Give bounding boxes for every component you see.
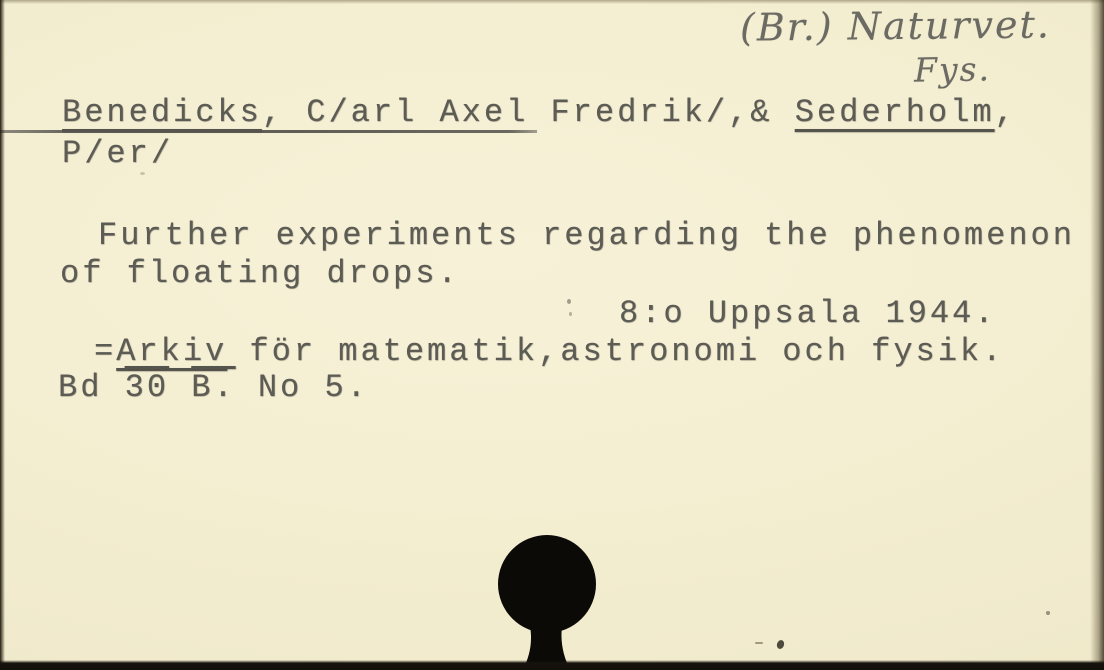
title-line1: Further experiments regarding the phenom…: [98, 218, 1075, 254]
series-equals-sign: =: [94, 333, 116, 370]
card-paper: (Br.) Naturvet. Fys. Benedicks, C/arl Ax…: [0, 0, 1104, 670]
series-line2: Bd 30 B. No 5.: [58, 370, 369, 406]
series-volume-prefix: Bd: [58, 369, 125, 406]
ink-speck: [569, 312, 572, 316]
ink-speck: [1046, 611, 1050, 615]
punch-hole-icon: [495, 530, 605, 670]
imprint-line: 8:o Uppsala 1944.: [619, 296, 996, 332]
scan-edge-top: [0, 0, 1104, 4]
scan-edge-bottom: [0, 660, 1104, 670]
ink-speck: [567, 299, 571, 304]
heading-trailing-comma: ,: [995, 94, 1017, 131]
author2-surname: Sederholm: [795, 94, 995, 131]
ink-speck: [776, 639, 786, 650]
scan-edge-left: [0, 0, 5, 670]
author1-forenames: , C/arl Axel Fredrik/,&: [262, 94, 795, 131]
author2-forename-line: P/er/: [62, 136, 173, 172]
series-volume-number: 30: [125, 369, 169, 406]
series-part-letter: B.: [191, 369, 235, 406]
ink-speck: [755, 642, 763, 644]
series-journal-rest: för matematik,astronomi och fysik.: [227, 333, 1004, 370]
handwritten-classification-line2: Fys.: [914, 49, 992, 89]
handwritten-classification-line1: (Br.) Naturvet.: [740, 2, 1051, 49]
main-entry-line: Benedicks, C/arl Axel Fredrik/,& Sederho…: [62, 95, 1017, 131]
ink-speck: [140, 172, 145, 175]
series-issue-number: No 5.: [236, 369, 369, 406]
series-line1: =Arkiv för matematik,astronomi och fysik…: [94, 334, 1004, 370]
title-line2: of floating drops.: [60, 256, 460, 292]
series-space: [169, 369, 191, 406]
scan-edge-right: [1090, 0, 1104, 670]
series-journal-title: Arkiv: [116, 333, 227, 370]
catalog-card-scan: (Br.) Naturvet. Fys. Benedicks, C/arl Ax…: [0, 0, 1104, 670]
author1-surname: Benedicks: [62, 94, 262, 131]
